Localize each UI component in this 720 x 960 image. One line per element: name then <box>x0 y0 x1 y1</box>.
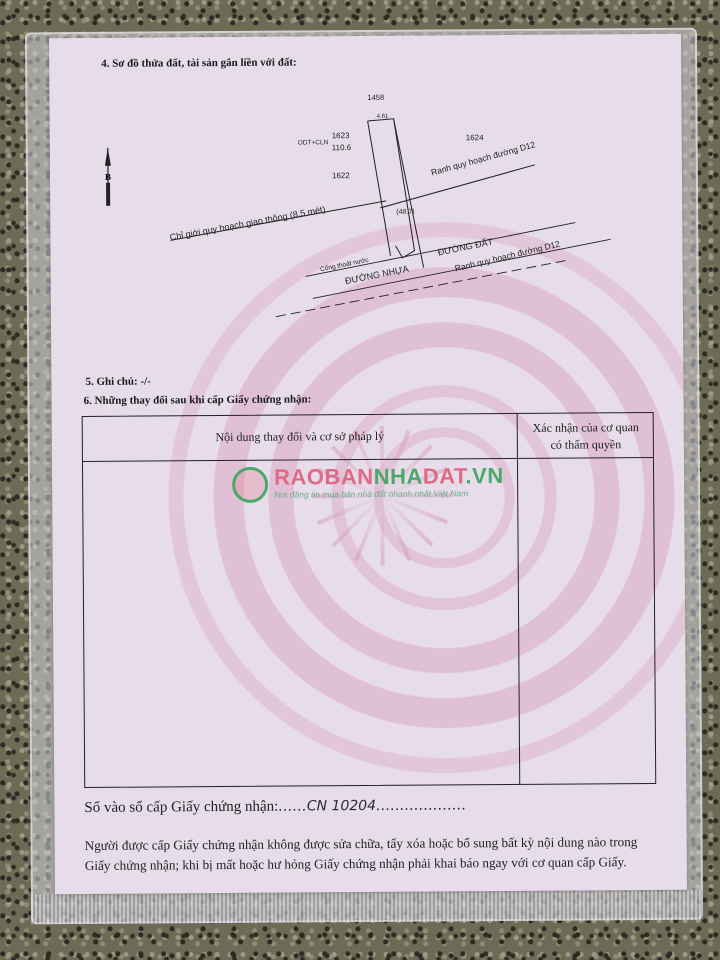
section-6-title: 6. Những thay đổi sau khi cấp Giấy chứng… <box>84 393 312 407</box>
section-5-notes: 5. Ghi chú: -/- <box>85 376 150 388</box>
table-header-divider <box>83 457 653 462</box>
svg-text:1458: 1458 <box>367 93 384 102</box>
svg-text:4.61: 4.61 <box>377 114 389 120</box>
svg-text:(48.7): (48.7) <box>396 209 414 216</box>
col-header-line-2: có thẩm quyền <box>519 436 653 454</box>
svg-text:Chỉ giới quy hoạch giao thông: Chỉ giới quy hoạch giao thông (8.5 mét) <box>169 204 326 242</box>
table-column-divider <box>517 414 521 784</box>
svg-text:110.6: 110.6 <box>332 143 352 152</box>
compass-label: B <box>105 172 111 182</box>
svg-text:Cống thoát nước: Cống thoát nước <box>319 255 370 274</box>
sleeve-seal <box>31 890 703 925</box>
site-watermark: RAOBANNHADAT.VN Nơi đăng tin mua bán nhà… <box>232 463 512 505</box>
registry-number: CN 10204 <box>307 798 376 814</box>
watermark-tagline: Nơi đăng tin mua bán nhà đất nhanh nhất … <box>274 488 468 499</box>
svg-text:Ranh quy hoạch đường D12: Ranh quy hoạch đường D12 <box>430 139 537 177</box>
legal-notice: Người được cấp Giấy chứng nhận không đượ… <box>85 832 685 876</box>
north-arrow-icon: B <box>105 148 111 206</box>
col-header-change-content: Nội dung thay đổi và cơ sở pháp lý <box>83 428 517 446</box>
svg-text:1622: 1622 <box>332 171 350 180</box>
col-header-authority-confirmation: Xác nhận của cơ quan có thẩm quyền <box>519 419 653 454</box>
svg-text:ODT+CLN: ODT+CLN <box>298 139 329 146</box>
registry-number-line: Số vào sổ cấp Giấy chứng nhận:......CN 1… <box>84 797 466 817</box>
building-logo-icon <box>232 467 268 503</box>
land-certificate-page: 4. Sơ đồ thửa đất, tài sản gắn liền với … <box>49 34 687 894</box>
svg-text:ĐƯỜNG ĐẤT: ĐƯỜNG ĐẤT <box>437 237 494 258</box>
registry-label: Số vào sổ cấp Giấy chứng nhận: <box>84 799 278 816</box>
svg-text:1623: 1623 <box>332 131 350 140</box>
watermark-brand: RAOBANNHADAT.VN <box>274 463 504 491</box>
parcel-diagram: B 1458 1623 110.6 ODT+CLN 1624 1622 4.61… <box>49 34 683 368</box>
svg-text:1624: 1624 <box>466 133 484 142</box>
col-header-line-1: Xác nhận của cơ quan <box>519 419 653 437</box>
